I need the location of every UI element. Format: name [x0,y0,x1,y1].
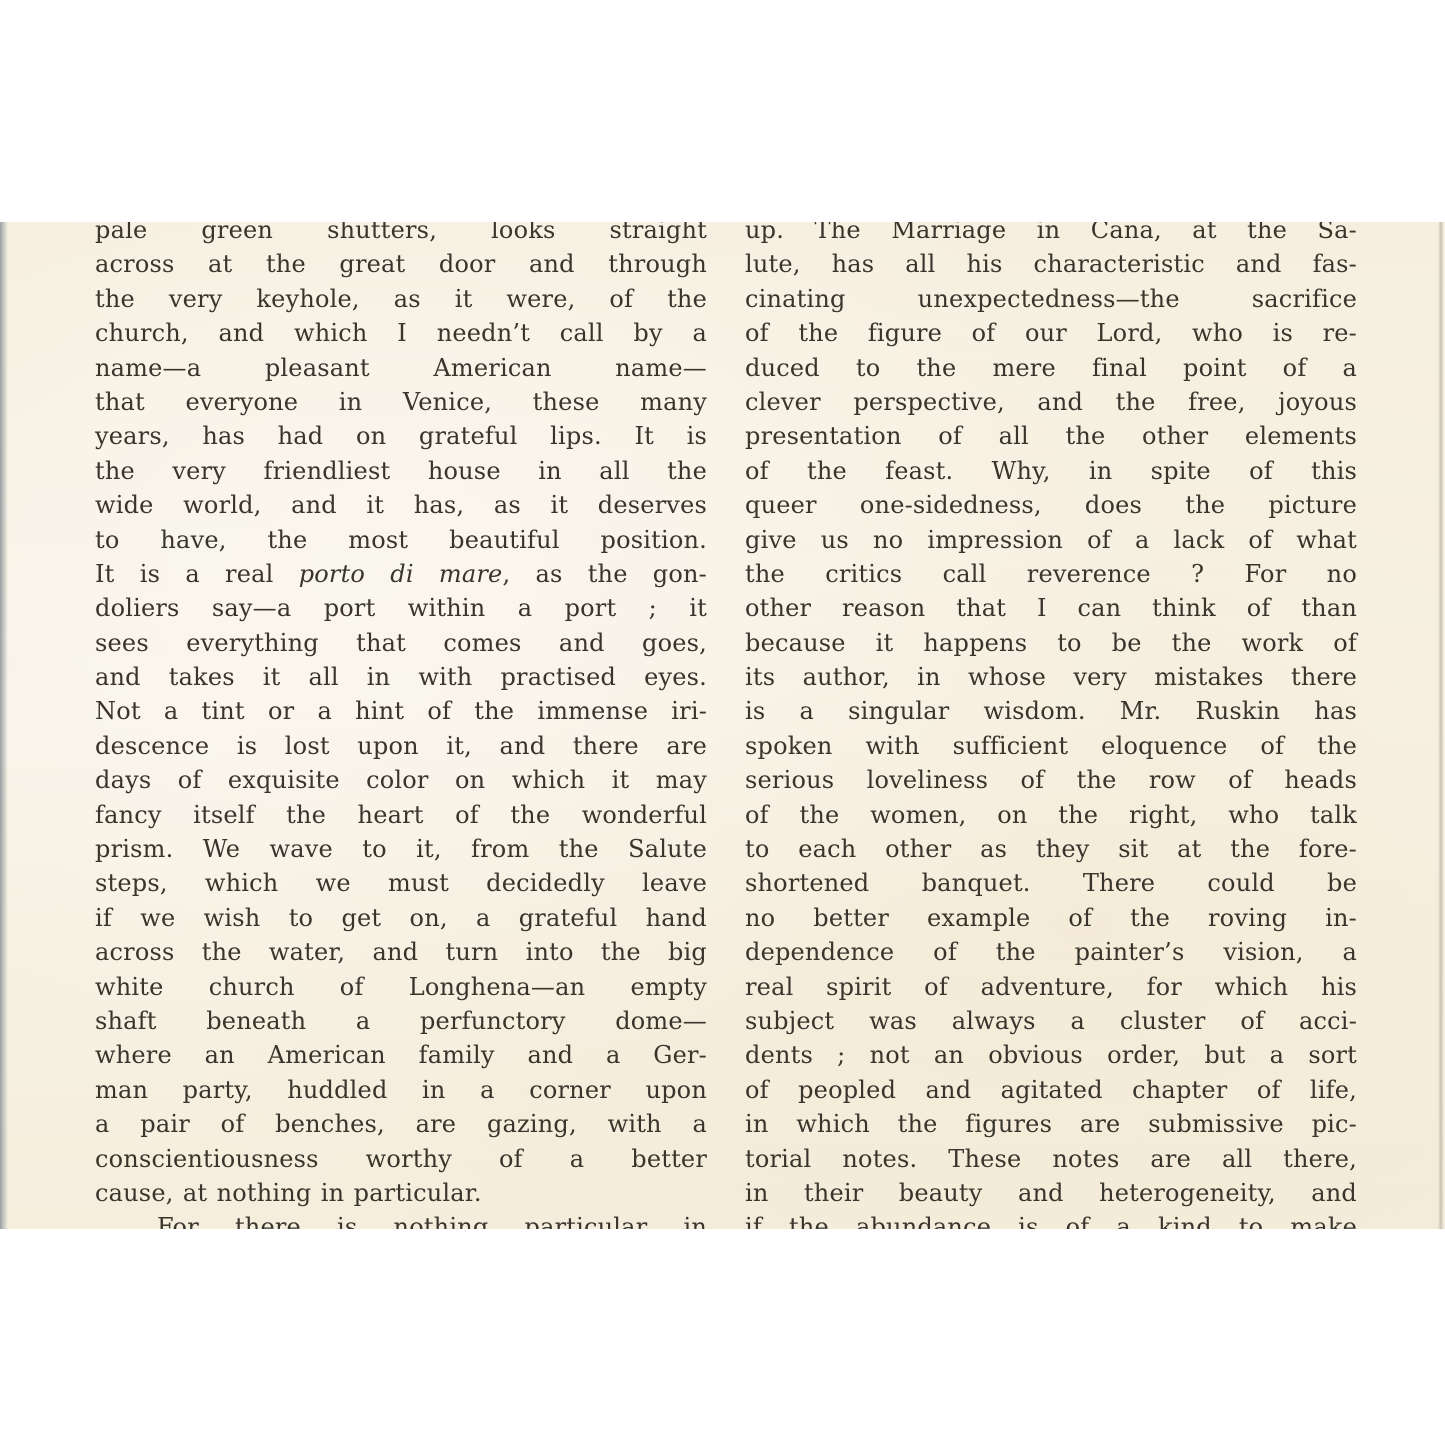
text-line: if the abundance is of a kind to make [745,1210,1357,1229]
text-line: lute, has all his characteristic and fas… [745,247,1357,281]
paper-sheet: pale green shutters, looks straightacros… [0,222,1445,1229]
text-line: dents ; not an obvious order, but a sort [745,1038,1357,1072]
text-line: sees everything that comes and goes, [95,626,707,660]
text-line: cause, at nothing in particular. [95,1176,707,1210]
text-line: subject was always a cluster of acci- [745,1004,1357,1038]
text-line: in their beauty and heterogeneity, and [745,1176,1357,1210]
text-line: of the figure of our Lord, who is re- [745,316,1357,350]
text-line: is a singular wisdom. Mr. Ruskin has [745,694,1357,728]
text-line: clever perspective, and the free, joyous [745,385,1357,419]
text-segment: , as the gon- [502,560,707,588]
scan-right-edge-shadow [1438,222,1443,1229]
text-line: that everyone in Venice, these many [95,385,707,419]
text-line: across at the great door and through [95,247,707,281]
text-line: up. The Marriage in Cana, at the Sa- [745,222,1357,247]
text-line: cinating unexpectedness—the sacrifice [745,282,1357,316]
text-line: steps, which we must decidedly leave [95,866,707,900]
text-line: no better example of the roving in- [745,901,1357,935]
text-line: to have, the most beautiful position. [95,523,707,557]
right-text-column: up. The Marriage in Cana, at the Sa-lute… [745,222,1357,1229]
text-line: a pair of benches, are gazing, with a [95,1107,707,1141]
text-line: torial notes. These notes are all there, [745,1142,1357,1176]
text-line: of the women, on the right, who talk [745,798,1357,832]
text-line: days of exquisite color on which it may [95,763,707,797]
text-line: duced to the mere final point of a [745,351,1357,385]
text-line: pale green shutters, looks straight [95,222,707,247]
text-line: the very friendliest house in all the [95,454,707,488]
text-line: It is a real porto di mare, as the gon- [95,557,707,591]
text-line: years, has had on grateful lips. It is [95,419,707,453]
text-line: For there is nothing particular in [95,1210,707,1229]
left-text-column: pale green shutters, looks straightacros… [95,222,707,1229]
text-line: where an American family and a Ger- [95,1038,707,1072]
text-line: queer one-sidedness, does the picture [745,488,1357,522]
italic-phrase: porto di mare [299,560,503,588]
text-line: to each other as they sit at the fore- [745,832,1357,866]
text-line: serious loveliness of the row of heads [745,763,1357,797]
text-line: doliers say—a port within a port ; it [95,591,707,625]
text-line: the critics call reverence ? For no [745,557,1357,591]
text-line: fancy itself the heart of the wonderful [95,798,707,832]
text-line: of peopled and agitated chapter of life, [745,1073,1357,1107]
text-line: presentation of all the other elements [745,419,1357,453]
text-line: white church of Longhena—an empty [95,970,707,1004]
text-line: across the water, and turn into the big [95,935,707,969]
text-line: Not a tint or a hint of the immense iri- [95,694,707,728]
two-column-text-block: pale green shutters, looks straightacros… [95,222,1357,1229]
text-line: real spirit of adventure, for which his [745,970,1357,1004]
text-line: dependence of the painter’s vision, a [745,935,1357,969]
text-line: its author, in whose very mistakes there [745,660,1357,694]
text-line: descence is lost upon it, and there are [95,729,707,763]
text-line: name—a pleasant American name— [95,351,707,385]
text-line: in which the figures are submissive pic- [745,1107,1357,1141]
text-line: wide world, and it has, as it deserves [95,488,707,522]
text-line: because it happens to be the work of [745,626,1357,660]
text-line: shaft beneath a perfunctory dome— [95,1004,707,1038]
text-line: give us no impression of a lack of what [745,523,1357,557]
text-line: man party, huddled in a corner upon [95,1073,707,1107]
text-line: prism. We wave to it, from the Salute [95,832,707,866]
text-line: other reason that I can think of than [745,591,1357,625]
text-line: and takes it all in with practised eyes. [95,660,707,694]
text-line: if we wish to get on, a grateful hand [95,901,707,935]
text-segment: It is a real [95,560,299,588]
text-line: church, and which I needn’t call by a [95,316,707,350]
text-line: of the feast. Why, in spite of this [745,454,1357,488]
text-line: spoken with sufficient eloquence of the [745,729,1357,763]
scan-left-edge-shadow [0,222,8,1229]
text-line: the very keyhole, as it were, of the [95,282,707,316]
text-line: conscientiousness worthy of a better [95,1142,707,1176]
text-line: shortened banquet. There could be [745,866,1357,900]
